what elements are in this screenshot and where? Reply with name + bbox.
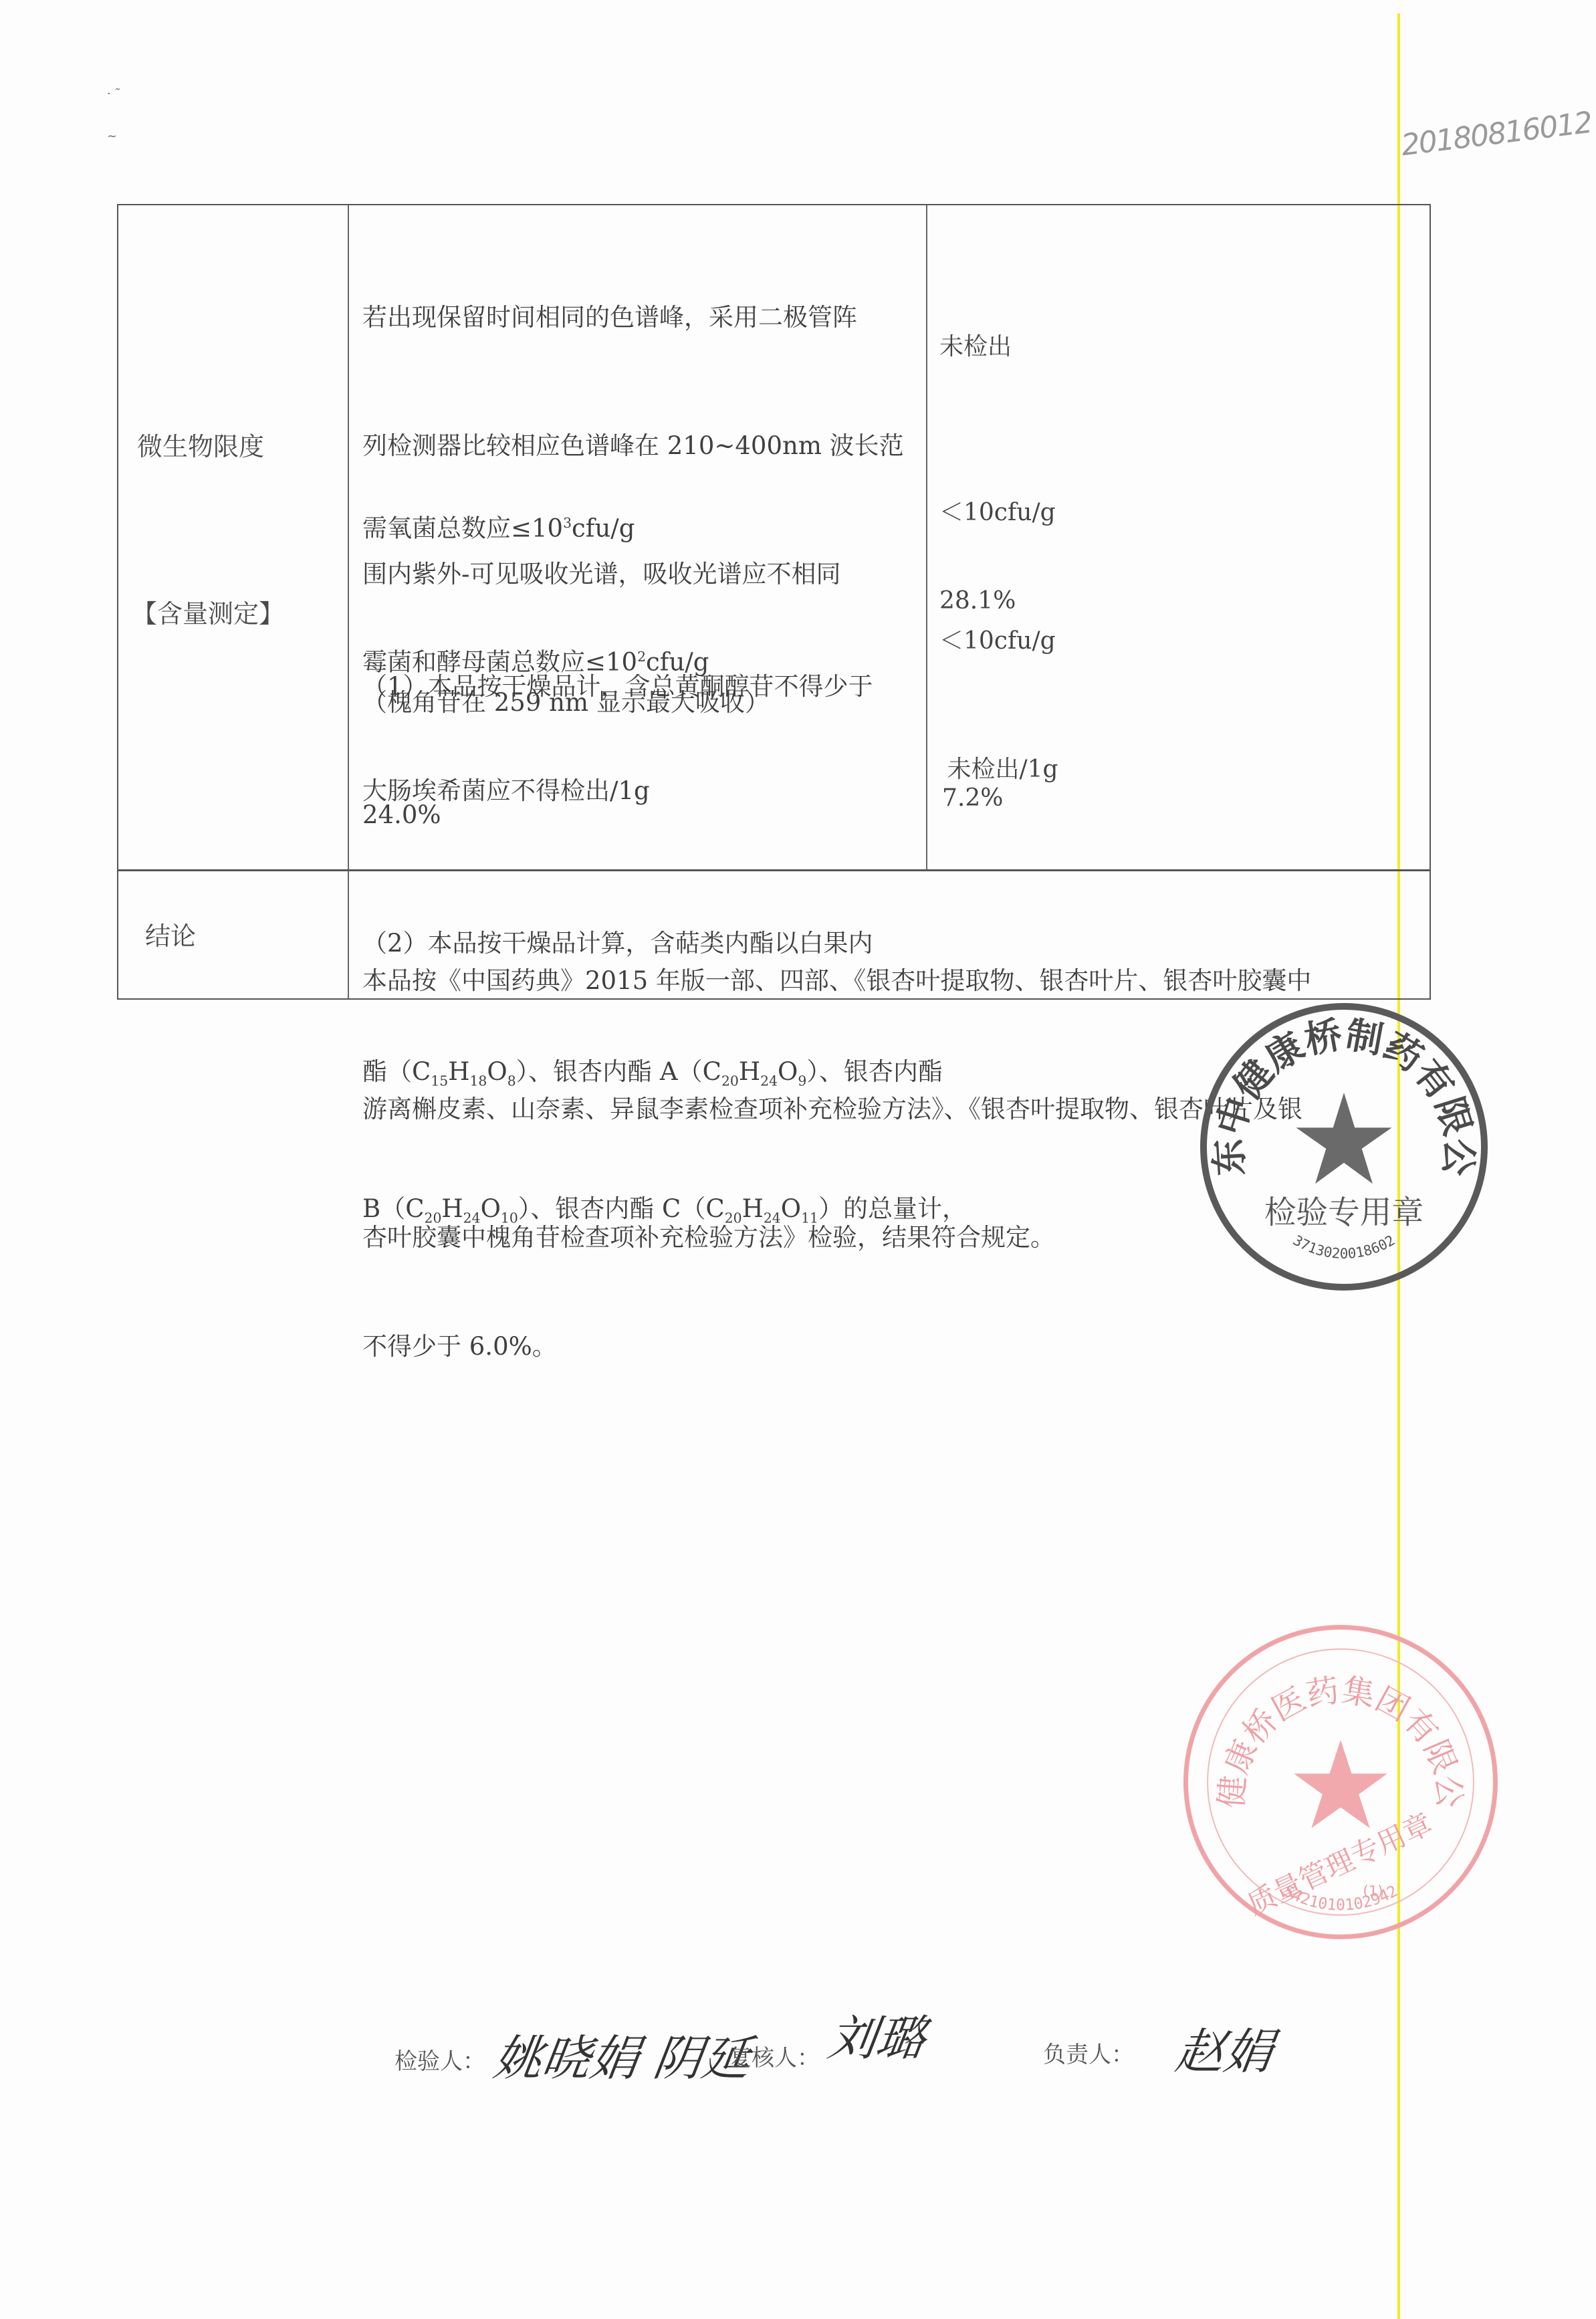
reviewer-label: 复核人： — [729, 2039, 820, 2072]
result-terpene-lactones: 7.2% — [942, 777, 1003, 820]
svg-text:3713020018602: 3713020018602 — [1290, 1232, 1398, 1262]
inspection-seal-stamp: 山东中健康桥制药有限公司 检验专用章 3713020018602 — [1200, 1003, 1488, 1291]
inspection-results-table: 若出现保留时间相同的色谱峰，采用二极管阵 列检测器比较相应色谱峰在 210~40… — [117, 204, 1431, 1000]
inspector-label: 检验人： — [394, 2043, 485, 2076]
quality-management-seal-stamp: 中健康桥医药集团有限公司 质量管理专用章 (1) 5421010102942 — [1183, 1625, 1498, 1939]
inspection-seal-graphic: 山东中健康桥制药有限公司 检验专用章 3713020018602 — [1207, 1010, 1481, 1284]
row-label-conclusion: 结论 — [145, 915, 196, 952]
row-label-assay: 【含量测定】 — [132, 593, 284, 630]
result-flavonol-glycosides: 28.1% — [939, 580, 1016, 623]
scan-specks: · ˜~ — [107, 87, 120, 143]
column-divider-1 — [348, 205, 349, 998]
handwritten-batch-number: 20180816012 — [1399, 106, 1593, 162]
result-text: 未检出 — [939, 326, 1012, 368]
quality-seal-graphic: 中健康桥医药集团有限公司 质量管理专用章 (1) 5421010102942 — [1188, 1630, 1493, 1935]
inspector-signature: 姚晓娟 阴延 — [490, 2019, 756, 2089]
row-label-microbial-limit: 微生物限度 — [137, 426, 264, 463]
svg-text:检验专用章: 检验专用章 — [1264, 1194, 1423, 1231]
reviewer-signature: 刘璐 — [824, 1999, 931, 2069]
conclusion-text: 本品按《中国药典》2015 年版一部、四部、《银杏叶提取物、银杏叶片、银杏叶胶囊… — [362, 874, 1311, 1345]
responsible-signature: 赵娟 — [1172, 2013, 1278, 2082]
responsible-label: 负责人： — [1043, 2036, 1134, 2069]
